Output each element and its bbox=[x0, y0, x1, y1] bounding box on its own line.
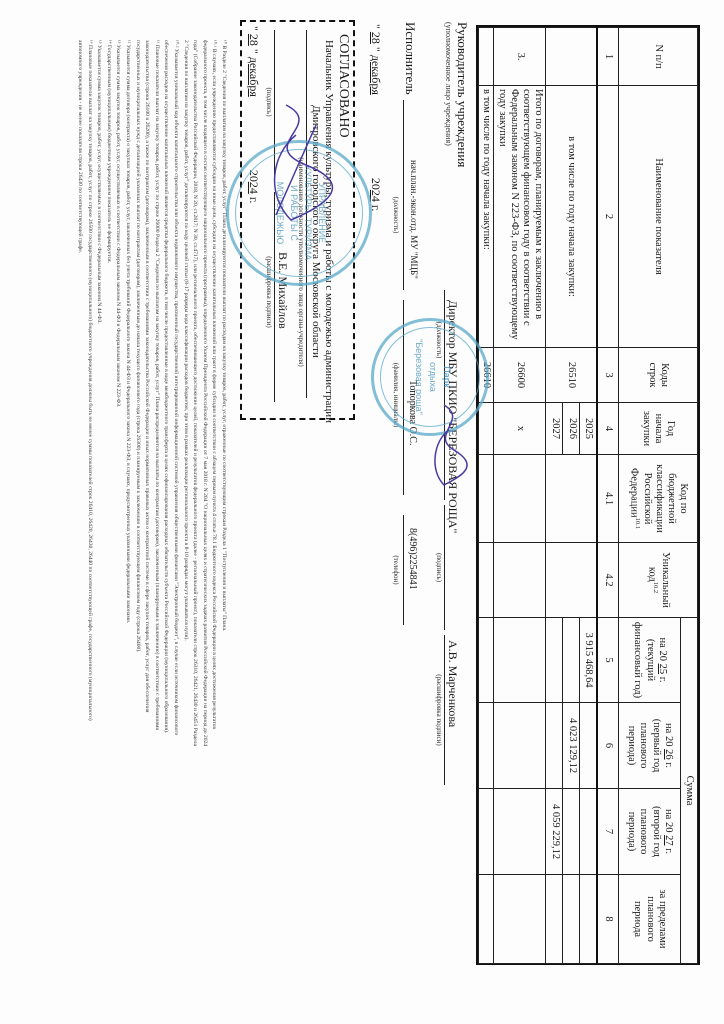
header-sum-current: на 20 25 г.(текущий финансовый год) bbox=[619, 618, 681, 703]
executor-phone: 8(496)2254841 bbox=[407, 528, 418, 590]
head-signature-icon bbox=[424, 400, 474, 490]
header-sum-beyond: за пределами планового периода bbox=[619, 875, 681, 964]
header-code: Коды строк bbox=[619, 348, 698, 403]
executor-position: нач.план.-экон.отд. МУ "МЦБ" bbox=[409, 160, 419, 279]
footnotes: ¹⁰ В Разделе 2 "Сведения по выплатам на … bbox=[75, 40, 229, 970]
table-row: в том числе по году начала закупки: 2651… bbox=[580, 28, 597, 964]
head-subtitle: (уполномоченное лицо учреждения) bbox=[444, 22, 453, 146]
executor-title: Исполнитель bbox=[402, 22, 418, 95]
payments-table: N п/п Наименование показателя Коды строк… bbox=[476, 25, 700, 965]
header-unique-code: Уникальный код10.2 bbox=[619, 543, 698, 618]
header-name: Наименование показателя bbox=[619, 86, 698, 348]
head-name: А.В. Марченкова bbox=[445, 640, 460, 727]
document-date: " 28 " декабря 2024 г. bbox=[368, 24, 383, 211]
table-row: в том числе по году начала закупки: 2661… bbox=[479, 28, 494, 964]
head-title: Руководитель учреждения bbox=[454, 22, 470, 167]
header-sum-first: на 20 26 г.(первый год планового периода… bbox=[619, 703, 681, 789]
head-signature-line bbox=[444, 505, 445, 630]
table-row: 3. Итого по договорам, планируемым к зак… bbox=[494, 28, 546, 964]
agreed-signature-icon bbox=[246, 95, 346, 235]
header-year: Год начала закупки bbox=[619, 403, 698, 455]
header-budget-code: Код по бюджетной классификации Российско… bbox=[619, 455, 698, 543]
header-num: N п/п bbox=[619, 28, 698, 86]
column-numbers-row: 1 2 3 4 4.1 4.2 5 6 7 8 bbox=[597, 28, 619, 964]
header-sum-group: Сумма bbox=[681, 618, 698, 964]
document-page: N п/п Наименование показателя Коды строк… bbox=[0, 0, 724, 1024]
header-sum-second: на 20 27 г.(второй год планового периода… bbox=[619, 789, 681, 875]
